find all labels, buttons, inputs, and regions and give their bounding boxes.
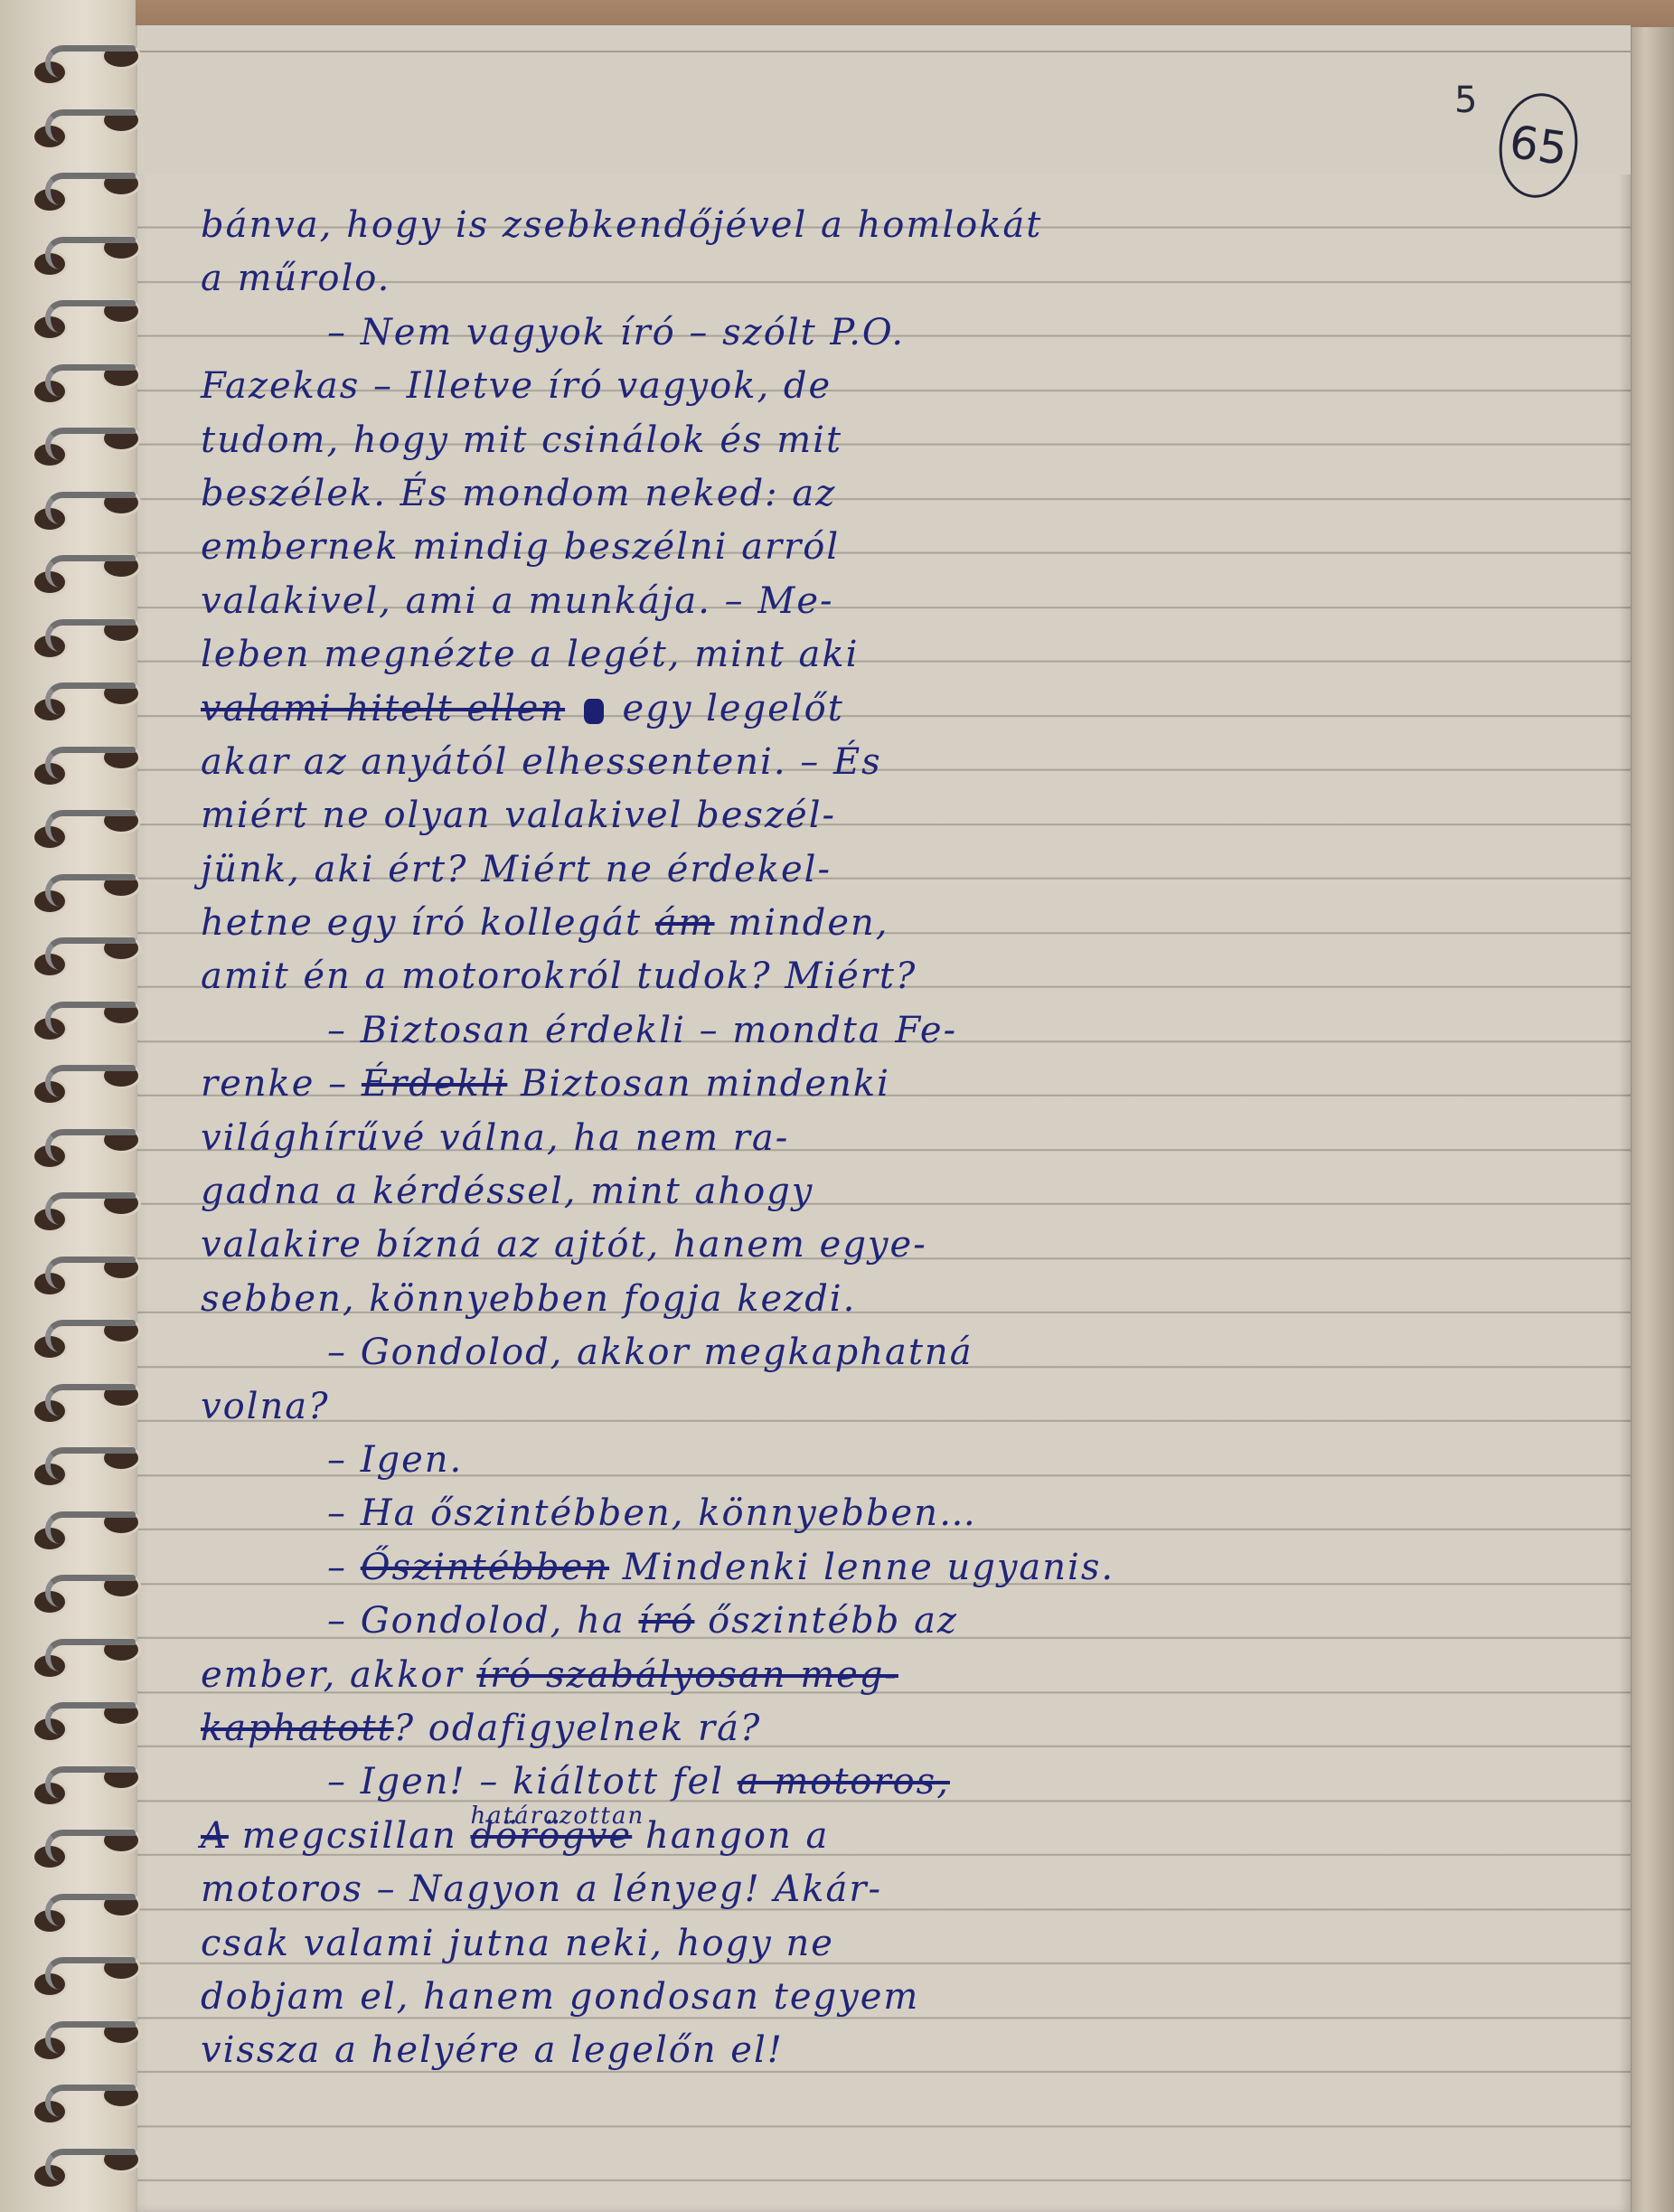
wire-loop <box>45 937 136 970</box>
wire-loop <box>45 2149 136 2181</box>
spiral-coil-icon <box>18 928 136 983</box>
wire-loop <box>45 109 136 142</box>
wire-loop <box>45 428 136 460</box>
line-text: – Gondolod, ha <box>327 1600 625 1642</box>
line-text: csak valami jutna neki, hogy ne <box>201 1923 834 1964</box>
line-text: jünk, aki ért? Miért ne érdekel- <box>201 849 832 890</box>
spiral-coil-icon <box>18 1120 136 1174</box>
line-text: – Gondolod, akkor megkaphatná <box>327 1332 973 1373</box>
spiral-coil-icon <box>18 1630 136 1684</box>
line-text: valakivel, ami a munkája. – Me- <box>201 580 834 622</box>
wire-loop <box>45 1766 136 1799</box>
text-line: a műrolo. <box>201 252 1611 306</box>
text-line: gadna a kérdéssel, mint ahogy <box>201 1165 1611 1219</box>
spiral-coil-icon <box>18 1247 136 1302</box>
line-text: beszélek. És mondom neked: az <box>201 473 836 514</box>
spiral-coil-icon <box>18 1757 136 1812</box>
line-text: hangon a <box>645 1815 829 1857</box>
wire-loop <box>45 2021 136 2054</box>
text-line: A megcsillan határozottan dörögve hangon… <box>201 1810 1611 1863</box>
text-line: – Ha őszintébben, könnyebben… <box>201 1487 1611 1540</box>
line-text: amit én a motorokról tudok? Miért? <box>201 955 917 997</box>
text-line: – Igen! – kiáltott fel a motoros, <box>201 1755 1611 1809</box>
wire-loop <box>45 1957 136 1990</box>
wire-loop <box>45 810 136 842</box>
text-line: kaphatott? odafigyelnek rá? <box>201 1702 1611 1755</box>
page-number: 5 65 <box>1418 52 1599 179</box>
wire-loop <box>45 173 136 205</box>
line-text: dobjam el, hanem gondosan tegyem <box>201 1976 919 2018</box>
inserted-word: határozottan <box>470 1804 644 1828</box>
struck-text: ám <box>655 902 715 944</box>
spiral-coil-icon <box>18 36 136 90</box>
spiral-coil-icon <box>18 355 136 409</box>
text-line: embernek mindig beszélni arról <box>201 521 1611 574</box>
spiral-coil-icon <box>18 673 136 728</box>
line-text: – <box>327 1547 361 1588</box>
wire-loop <box>45 619 136 652</box>
wire-loop <box>45 1065 136 1097</box>
wire-loop <box>45 237 136 269</box>
wire-loop <box>45 1575 136 1607</box>
line-text: leben megnézte a legét, mint aki <box>201 634 859 675</box>
underlying-pages-edge <box>1627 27 1674 2212</box>
line-text: gadna a kérdéssel, mint ahogy <box>201 1171 813 1212</box>
spiral-coil-icon <box>18 2140 136 2194</box>
text-line: volna? <box>201 1380 1611 1434</box>
ink-blot-icon <box>584 699 604 724</box>
wire-loop <box>45 1447 136 1480</box>
spiral-coil-icon <box>18 1375 136 1429</box>
wire-loop <box>45 2085 136 2117</box>
correction-group: határozottan dörögve <box>470 1810 632 1863</box>
spiral-coil-icon <box>18 1566 136 1620</box>
line-text: embernek mindig beszélni arról <box>201 526 840 568</box>
spiral-coil-icon <box>18 801 136 855</box>
line-text: valakire bízná az ajtót, hanem egye- <box>201 1224 927 1266</box>
line-text: – Biztosan érdekli – mondta Fe- <box>327 1010 957 1051</box>
struck-text: valami hitelt ellen <box>201 688 565 729</box>
spiral-coil-icon <box>18 2076 136 2130</box>
wire-loop <box>45 1511 136 1544</box>
spiral-coil-icon <box>18 1502 136 1557</box>
line-text: ? odafigyelnek rá? <box>394 1708 762 1749</box>
line-text: Mindenki lenne ugyanis. <box>623 1547 1114 1588</box>
text-line: beszélek. És mondom neked: az <box>201 467 1611 521</box>
spiral-coil-icon <box>18 164 136 218</box>
spiral-coil-icon <box>18 228 136 282</box>
line-text: – Igen! – kiáltott fel <box>327 1761 724 1803</box>
text-line: leben megnézte a legét, mint aki <box>201 628 1611 682</box>
line-text: volna? <box>201 1386 330 1427</box>
wire-loop <box>45 1894 136 1926</box>
text-line: jünk, aki ért? Miért ne érdekel- <box>201 843 1611 897</box>
spiral-coil-icon <box>18 291 136 345</box>
struck-text: kaphatott <box>201 1708 394 1749</box>
line-text: akar az anyától elhessenteni. – És <box>201 741 882 783</box>
text-line: valakivel, ami a munkája. – Me- <box>201 575 1611 628</box>
line-text: minden, <box>728 902 889 944</box>
struck-text: Őszintébben <box>361 1547 609 1588</box>
text-line: vissza a helyére a legelőn el! <box>201 2024 1611 2077</box>
text-line: – Őszintébben Mindenki lenne ugyanis. <box>201 1541 1611 1595</box>
text-line: sebben, könnyebben fogja kezdi. <box>201 1273 1611 1326</box>
text-line: csak valami jutna neki, hogy ne <box>201 1917 1611 1971</box>
notebook-page: 5 65 bánva, hogy is zsebkendőjével a hom… <box>136 25 1631 2212</box>
wire-loop <box>45 747 136 779</box>
text-line: valami hitelt ellen egy legelőt <box>201 682 1611 736</box>
text-line: – Gondolod, ha író őszintébb az <box>201 1595 1611 1648</box>
spiral-coil-icon <box>18 610 136 664</box>
spiral-coil-icon <box>18 1693 136 1747</box>
line-text: – Nem vagyok író – szólt P.O. <box>327 312 905 353</box>
spiral-coil-icon <box>18 1885 136 1939</box>
wire-loop <box>45 1129 136 1162</box>
wire-loop <box>45 1384 136 1417</box>
text-line: renke – Érdekli Biztosan mindenki <box>201 1058 1611 1111</box>
text-line: amit én a motorokról tudok? Miért? <box>201 950 1611 1003</box>
struck-text: Érdekli <box>362 1063 507 1105</box>
handwritten-text: bánva, hogy is zsebkendőjével a homlokát… <box>201 199 1611 2078</box>
wire-loop <box>45 1320 136 1352</box>
spiral-coil-icon <box>18 1056 136 1110</box>
line-text: egy legelőt <box>623 688 844 729</box>
spiral-coil-icon <box>18 1183 136 1238</box>
wire-loop <box>45 682 136 715</box>
text-line: – Nem vagyok író – szólt P.O. <box>201 306 1611 360</box>
spiral-binding <box>18 36 145 2206</box>
wire-loop <box>45 300 136 333</box>
wire-loop <box>45 555 136 588</box>
wire-loop <box>45 1702 136 1735</box>
spiral-coil-icon <box>18 1948 136 2002</box>
spiral-coil-icon <box>18 100 136 155</box>
spiral-coil-icon <box>18 865 136 919</box>
wire-loop <box>45 1830 136 1862</box>
wire-loop <box>45 492 136 524</box>
text-line: akar az anyától elhessenteni. – És <box>201 736 1611 789</box>
line-text: Fazekas – Illetve író vagyok, de <box>201 365 832 407</box>
line-text: a műrolo. <box>201 258 390 299</box>
spiral-coil-icon <box>18 419 136 473</box>
wire-loop <box>45 1257 136 1289</box>
spiral-coil-icon <box>18 483 136 537</box>
line-text: hetne egy író kollegát <box>201 902 642 944</box>
line-text: megcsillan <box>242 1815 457 1857</box>
spiral-coil-icon <box>18 546 136 600</box>
struck-text: A <box>201 1815 229 1857</box>
wire-loop <box>45 45 136 78</box>
line-text: miért ne olyan valakivel beszél- <box>201 795 836 836</box>
spiral-coil-icon <box>18 1821 136 1875</box>
text-line: – Igen. <box>201 1434 1611 1487</box>
text-line: valakire bízná az ajtót, hanem egye- <box>201 1219 1611 1272</box>
wire-loop <box>45 1192 136 1225</box>
struck-text: a motoros, <box>738 1761 950 1803</box>
line-text: ember, akkor <box>201 1654 464 1696</box>
struck-text: író <box>638 1600 694 1642</box>
spiral-coil-icon <box>18 738 136 792</box>
spiral-coil-icon <box>18 1311 136 1365</box>
text-line: – Gondolod, akkor megkaphatná <box>201 1326 1611 1379</box>
struck-text: író szabályosan meg- <box>476 1654 898 1696</box>
wire-loop <box>45 1002 136 1034</box>
line-text: – Igen. <box>327 1439 463 1481</box>
text-line: ember, akkor író szabályosan meg- <box>201 1649 1611 1702</box>
line-text: őszintébb az <box>708 1600 958 1642</box>
text-line: tudom, hogy mit csinálok és mit <box>201 414 1611 467</box>
text-line: világhírűvé válna, ha nem ra- <box>201 1112 1611 1165</box>
line-text: – Ha őszintébben, könnyebben… <box>327 1492 977 1534</box>
page-number-small: 5 <box>1454 80 1477 121</box>
line-text: tudom, hogy mit csinálok és mit <box>201 419 842 461</box>
text-line: Fazekas – Illetve író vagyok, de <box>201 360 1611 413</box>
page-number-circled: 65 <box>1492 89 1584 203</box>
wire-loop <box>45 364 136 397</box>
line-text: Biztosan mindenki <box>521 1063 890 1105</box>
spiral-coil-icon <box>18 993 136 1047</box>
line-text: bánva, hogy is zsebkendőjével a homlokát <box>201 204 1042 246</box>
page-header-margin <box>137 25 1631 174</box>
text-line: dobjam el, hanem gondosan tegyem <box>201 1971 1611 2024</box>
text-line: – Biztosan érdekli – mondta Fe- <box>201 1004 1611 1058</box>
text-line: motoros – Nagyon a lényeg! Akár- <box>201 1863 1611 1916</box>
spiral-coil-icon <box>18 2012 136 2066</box>
line-text: vissza a helyére a legelőn el! <box>201 2029 784 2071</box>
wire-loop <box>45 874 136 907</box>
text-line: miért ne olyan valakivel beszél- <box>201 789 1611 842</box>
text-line: bánva, hogy is zsebkendőjével a homlokát <box>201 199 1611 252</box>
text-line: hetne egy író kollegát ám minden, <box>201 897 1611 950</box>
line-text: motoros – Nagyon a lényeg! Akár- <box>201 1868 882 1910</box>
line-text: világhírűvé válna, ha nem ra- <box>201 1117 789 1159</box>
spiral-coil-icon <box>18 1438 136 1492</box>
line-text: sebben, könnyebben fogja kezdi. <box>201 1278 856 1320</box>
line-text: renke – <box>201 1063 348 1105</box>
wire-loop <box>45 1639 136 1671</box>
page-top-rule <box>137 51 1631 52</box>
